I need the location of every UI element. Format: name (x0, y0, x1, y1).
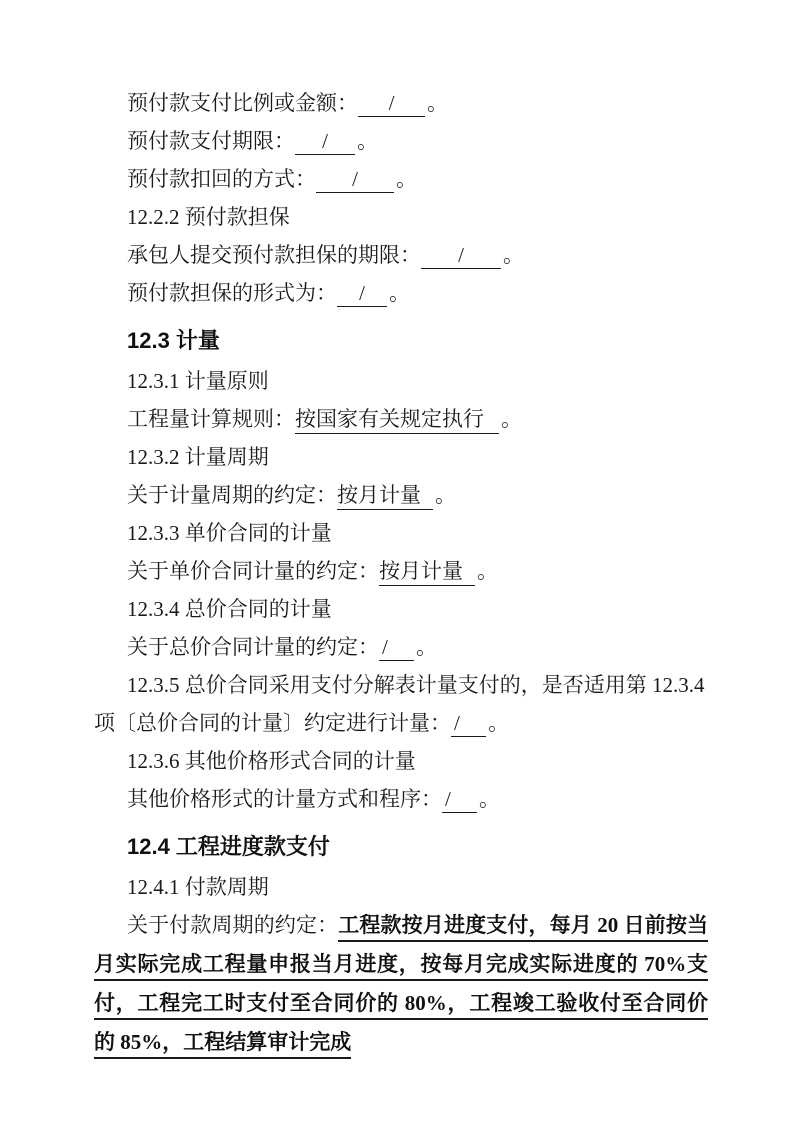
clause-heading-12-3-3: 12.3.3 单价合同的计量 (94, 514, 708, 552)
field-label: 其他价格形式的计量方式和程序： (127, 787, 442, 811)
field-line-lump-sum: 关于总价合同计量的约定：/。 (94, 628, 708, 666)
blank-field-slash: / (379, 634, 414, 661)
period-mark: 。 (433, 483, 456, 507)
field-label: 关于总价合同计量的约定： (127, 635, 379, 659)
field-line-calc-rule: 工程量计算规则：按国家有关规定执行。 (94, 400, 708, 438)
period-mark: 。 (355, 129, 378, 153)
field-line-prepay-deduct: 预付款扣回的方式：/。 (94, 160, 708, 198)
field-label: 关于单价合同计量的约定： (127, 559, 379, 583)
field-label: 12.3.5 总价合同采用支付分解表计量支付的，是否适用第 12.3.4 项〔总… (94, 673, 705, 735)
field-label: 预付款支付比例或金额： (127, 91, 358, 115)
field-line-prepay-ratio: 预付款支付比例或金额：/。 (94, 84, 708, 122)
period-mark: 。 (394, 167, 417, 191)
field-line-guarantee-term: 承包人提交预付款担保的期限：/。 (94, 236, 708, 274)
blank-field-slash: / (337, 280, 387, 307)
period-mark: 。 (475, 559, 498, 583)
field-label: 工程量计算规则： (127, 407, 295, 431)
clause-heading-12-3-1: 12.3.1 计量原则 (94, 362, 708, 400)
blank-field-slash: / (421, 242, 501, 269)
blank-field-slash: / (358, 90, 425, 117)
field-label: 关于付款周期的约定： (127, 913, 338, 937)
field-line-cycle: 关于计量周期的约定：按月计量。 (94, 476, 708, 514)
period-mark: 。 (486, 711, 509, 735)
period-mark: 。 (414, 635, 437, 659)
clause-heading-12-3-6: 12.3.6 其他价格形式合同的计量 (94, 742, 708, 780)
filled-field-value: 按国家有关规定执行 (295, 407, 499, 434)
period-mark: 。 (477, 787, 500, 811)
field-label: 预付款支付期限： (127, 129, 295, 153)
field-label: 预付款担保的形式为： (127, 281, 337, 305)
field-label: 预付款扣回的方式： (127, 167, 316, 191)
clause-heading-12-3-4: 12.3.4 总价合同的计量 (94, 590, 708, 628)
clause-paragraph-12-3-5: 12.3.5 总价合同采用支付分解表计量支付的，是否适用第 12.3.4 项〔总… (94, 666, 708, 742)
payment-cycle-paragraph: 关于付款周期的约定：工程款按月进度支付，每月 20 日前按当月实际完成工程量申报… (94, 906, 708, 1062)
period-mark: 。 (387, 281, 410, 305)
field-line-other-form: 其他价格形式的计量方式和程序：/。 (94, 780, 708, 818)
blank-field-slash: / (316, 166, 394, 193)
blank-field-slash: / (451, 710, 486, 737)
clause-heading-12-3-2: 12.3.2 计量周期 (94, 438, 708, 476)
filled-field-value: 按月计量 (379, 559, 475, 586)
period-mark: 。 (425, 91, 448, 115)
period-mark: 。 (501, 243, 524, 267)
field-line-guarantee-form: 预付款担保的形式为：/。 (94, 274, 708, 312)
blank-field-slash: / (295, 128, 355, 155)
clause-heading-12-2-2: 12.2.2 预付款担保 (94, 198, 708, 236)
section-heading-12-4: 12.4 工程进度款支付 (94, 828, 708, 866)
field-line-prepay-term: 预付款支付期限：/。 (94, 122, 708, 160)
field-label: 承包人提交预付款担保的期限： (127, 243, 421, 267)
document-page: 预付款支付比例或金额：/。 预付款支付期限：/。 预付款扣回的方式：/。 12.… (0, 0, 793, 1123)
period-mark: 。 (499, 407, 522, 431)
clause-heading-12-4-1: 12.4.1 付款周期 (94, 868, 708, 906)
field-line-unit-price: 关于单价合同计量的约定：按月计量。 (94, 552, 708, 590)
blank-field-slash: / (442, 786, 477, 813)
filled-field-value: 按月计量 (337, 483, 433, 510)
field-label: 关于计量周期的约定： (127, 483, 337, 507)
section-heading-12-3: 12.3 计量 (94, 322, 708, 360)
